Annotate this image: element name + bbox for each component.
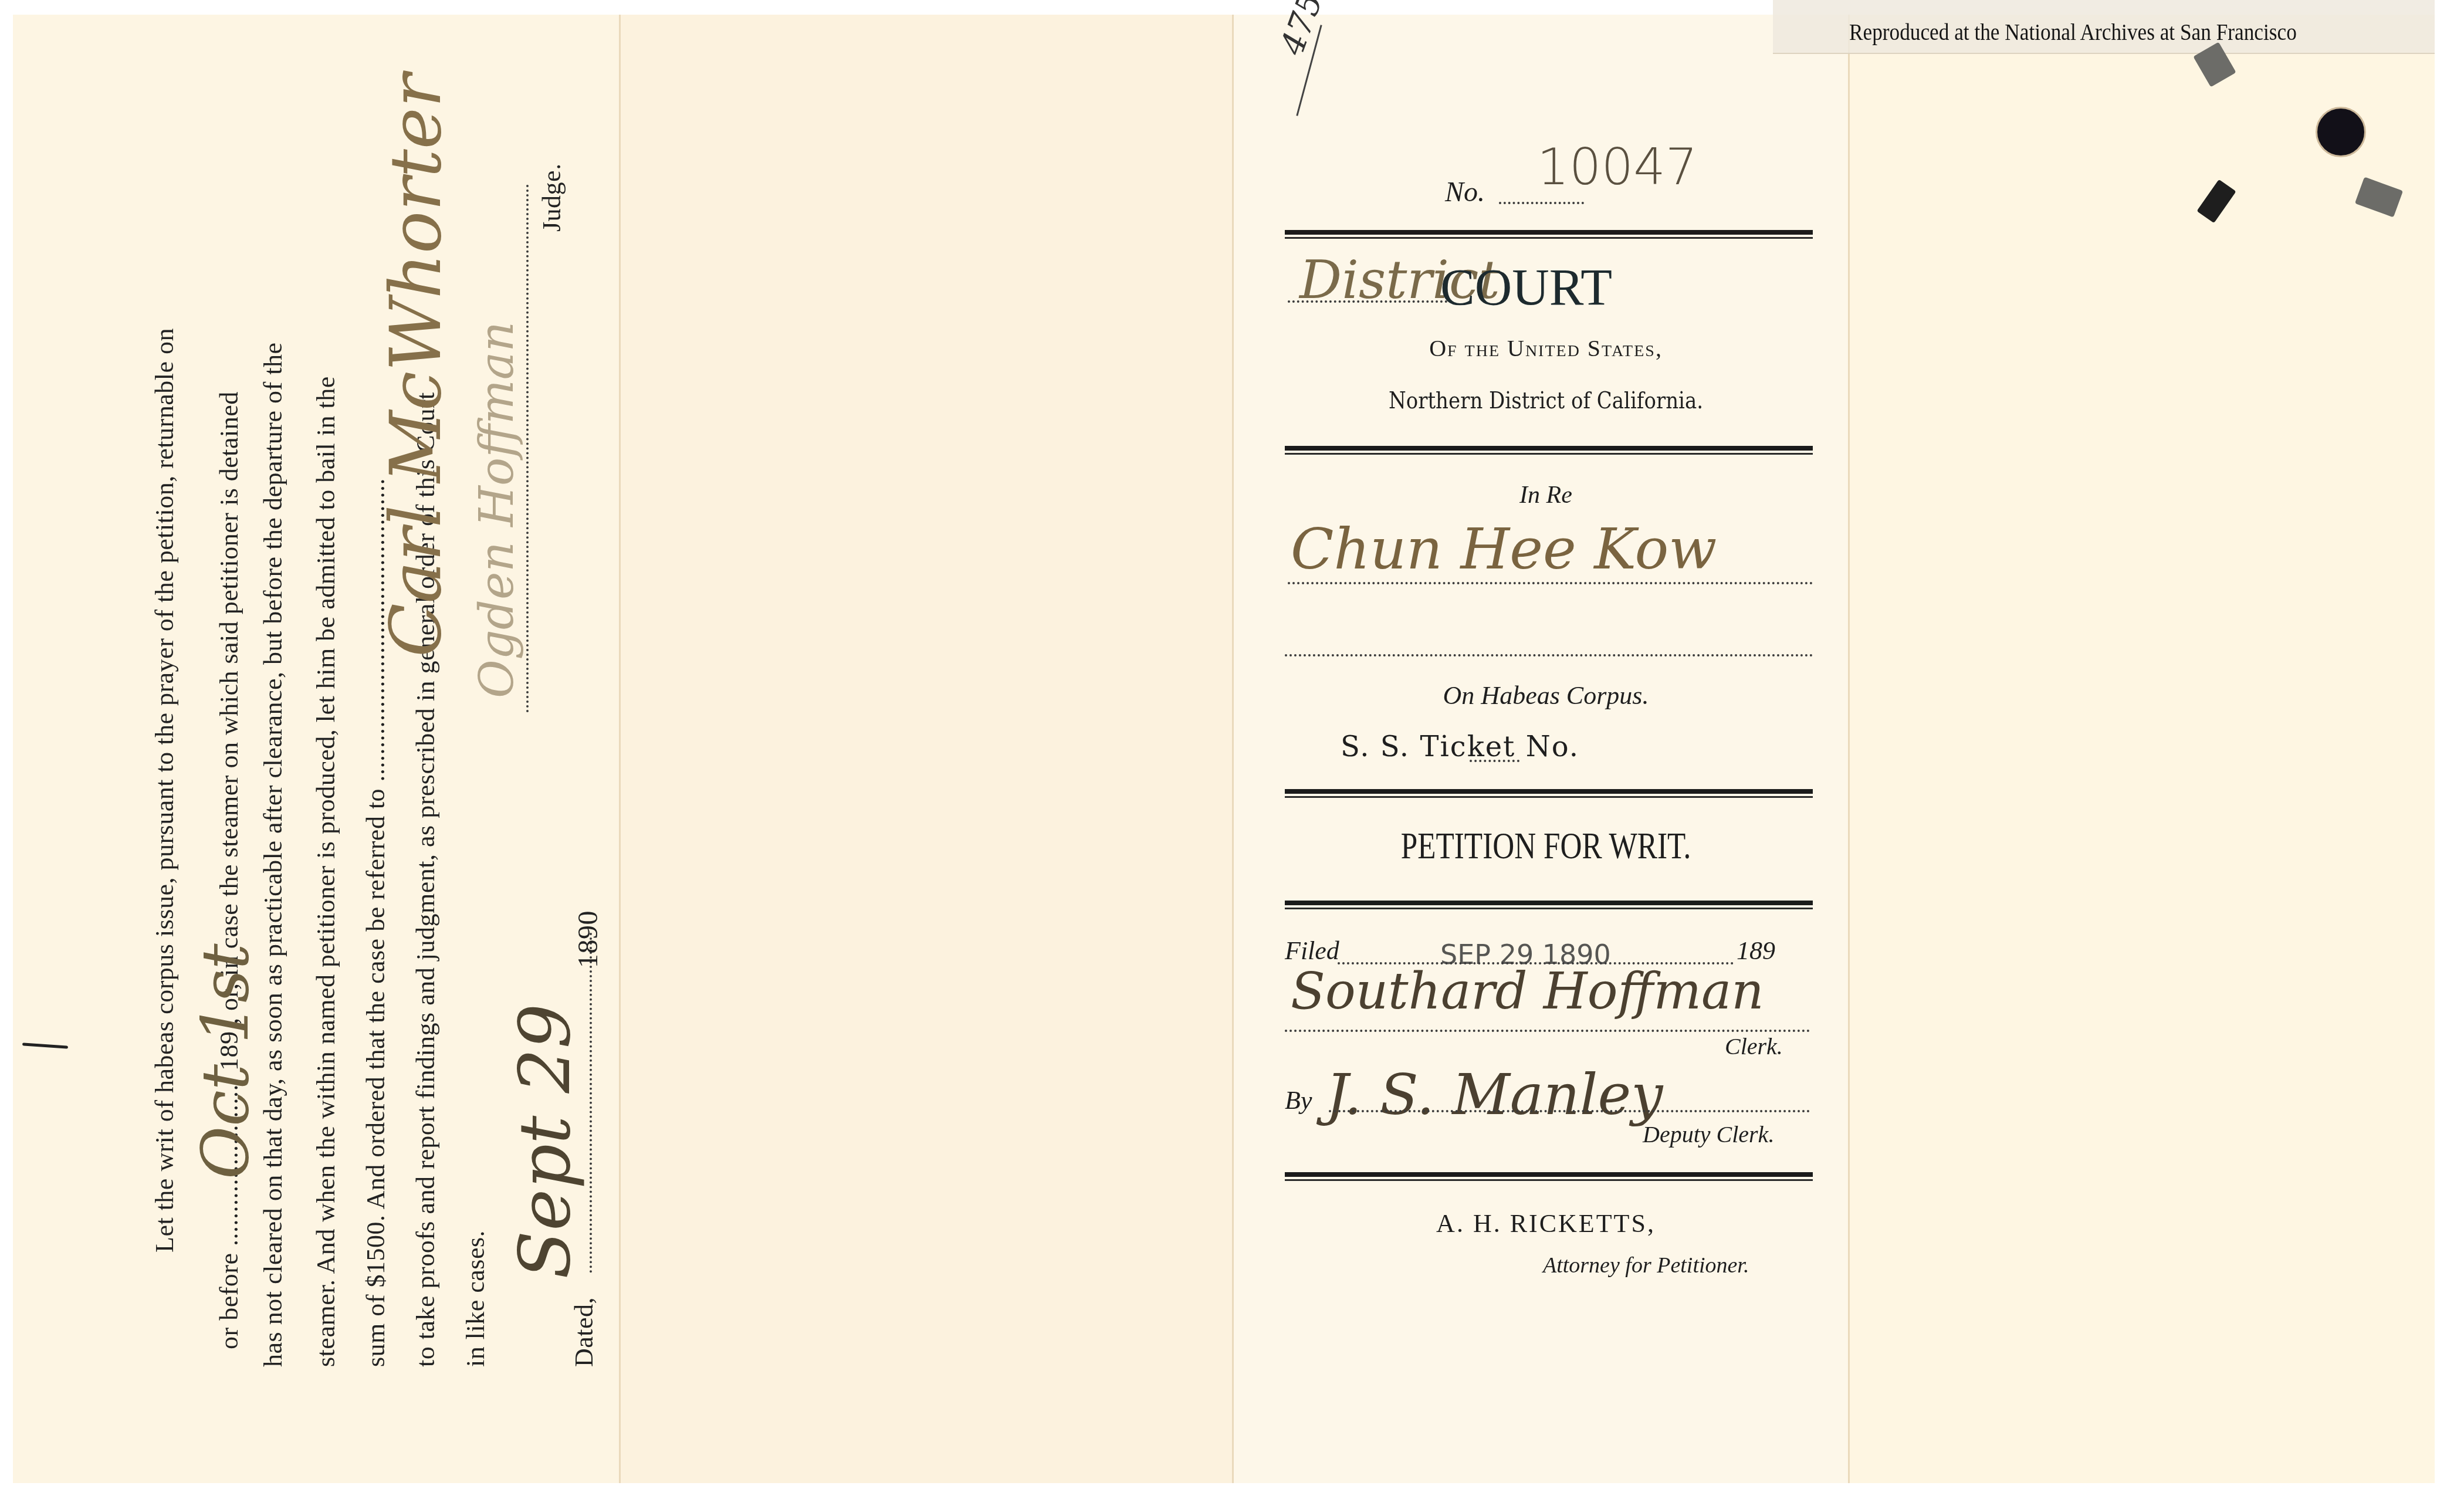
ticket-label: S. S. Ticket No. [1341, 730, 1579, 763]
double-rule [1285, 230, 1813, 243]
deputy-line [1329, 1110, 1810, 1112]
in-re-label: In Re [1279, 481, 1813, 509]
order-line: or before ......................... 189 … [214, 391, 244, 1349]
judge-signature: Ogden Hoffman [469, 321, 524, 698]
double-rule [1285, 901, 1813, 913]
double-rule [1285, 446, 1813, 459]
document-title: PETITION FOR WRIT. [1332, 824, 1759, 868]
ticket-line [1470, 760, 1519, 762]
fold-line [1848, 15, 1850, 1483]
district-line: Northern District of California. [1319, 387, 1773, 414]
fold-line [619, 15, 621, 1483]
deputy-label: Deputy Clerk. [1643, 1121, 1774, 1148]
referee-handwritten: Carl McWhorter [375, 74, 457, 657]
by-label: By [1285, 1085, 1312, 1115]
petitioner-line-2 [1285, 654, 1813, 656]
filed-year: 189 [1737, 936, 1775, 966]
order-line: in like cases. [461, 1230, 490, 1367]
dated-handwritten: Sept 29 [505, 1004, 586, 1279]
deputy-signature: J. S. Manley [1326, 1062, 1663, 1128]
order-line: Let the writ of habeas corpus issue, pur… [150, 328, 180, 1253]
return-date-handwritten: Oct 1st [188, 943, 263, 1179]
united-states-line: Of the United States, [1279, 334, 1813, 362]
no-label: No. [1445, 176, 1485, 208]
double-rule [1285, 789, 1813, 802]
clerk-label: Clerk. [1725, 1033, 1783, 1060]
clerk-signature: Southard Hoffman [1291, 962, 1764, 1021]
petitioner-handwritten: Chun Hee Kow [1291, 516, 1717, 582]
back-panel [1848, 15, 2435, 1483]
court-label: COURT [1440, 258, 1612, 317]
dated-year: 1890 [572, 911, 604, 968]
fold-line [1232, 15, 1234, 1483]
archive-label: Reproduced at the National Archives at S… [1849, 18, 2297, 46]
dated-line [590, 933, 592, 1273]
petitioner-line [1288, 582, 1813, 584]
clerk-line [1285, 1030, 1810, 1032]
punch-hole [2316, 107, 2366, 157]
dated-label: Dated, [569, 1297, 599, 1367]
blank-panel [619, 15, 1232, 1483]
order-line: steamer. And when the within named petit… [311, 376, 341, 1367]
judge-line [526, 185, 529, 713]
case-number: 10047 [1537, 138, 1698, 197]
order-line: has not cleared on that day, as soon as … [258, 343, 288, 1367]
no-line [1499, 202, 1584, 204]
attorney-label: Attorney for Petitioner. [1543, 1253, 1749, 1278]
judge-label: Judge. [537, 163, 567, 232]
attorney-name: A. H. RICKETTS, [1279, 1209, 1813, 1238]
filed-label: Filed [1285, 936, 1339, 966]
habeas-label: On Habeas Corpus. [1279, 681, 1813, 710]
double-rule [1285, 1172, 1813, 1185]
